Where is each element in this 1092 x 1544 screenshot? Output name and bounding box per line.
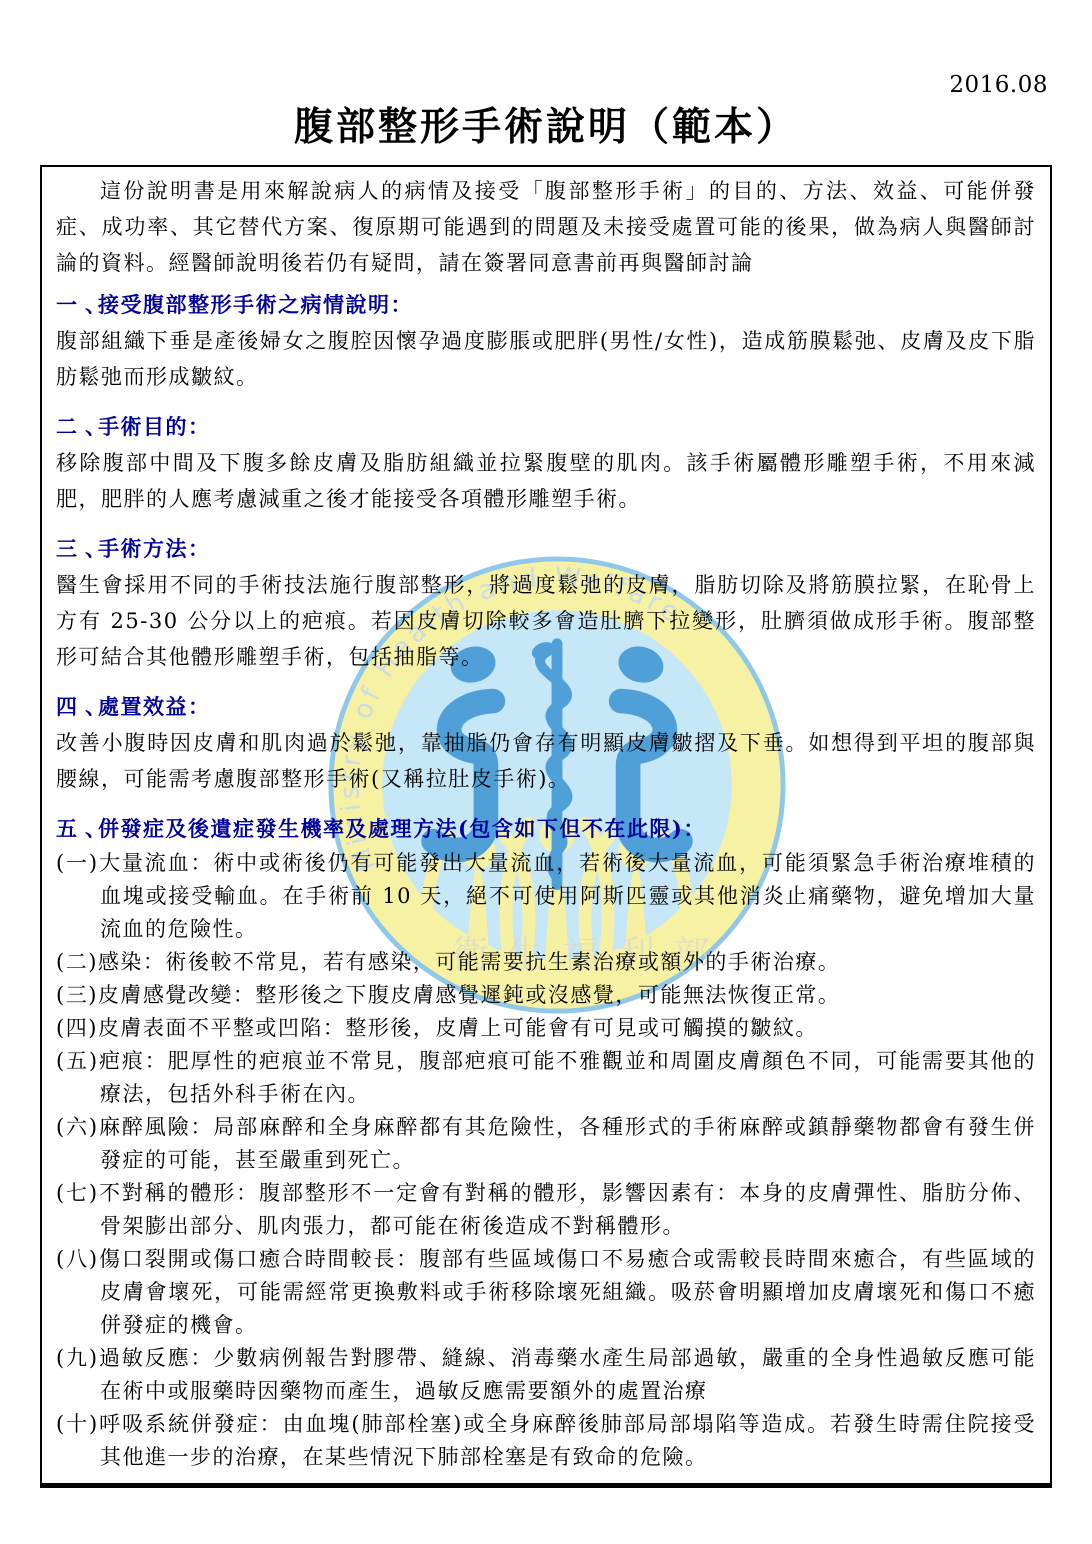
item-label: (十)	[56, 1412, 99, 1436]
section-number: 三、	[56, 531, 98, 567]
item-text: 疤痕：肥厚性的疤痕並不常見，腹部疤痕可能不雅觀並和周圍皮膚顏色不同，可能需要其他…	[99, 1049, 1036, 1106]
item-label: (八)	[56, 1247, 99, 1271]
item-text: 呼吸系統併發症：由血塊(肺部栓塞)或全身麻醉後肺部局部塌陷等造成。若發生時需住院…	[99, 1412, 1036, 1469]
page-title: 腹部整形手術說明（範本）	[0, 96, 1092, 152]
section-heading-text: 處置效益：	[98, 694, 211, 719]
item-label: (五)	[56, 1049, 99, 1073]
complication-item-6: (六)麻醉風險：局部麻醉和全身麻醉都有其危險性，各種形式的手術麻醉或鎮靜藥物都會…	[56, 1111, 1036, 1177]
item-text: 皮膚感覺改變：整形後之下腹皮膚感覺遲鈍或沒感覺，可能無法恢復正常。	[98, 983, 841, 1007]
item-text: 大量流血：術中或術後仍有可能發出大量流血，若術後大量流血，可能須緊急手術治療堆積…	[99, 851, 1036, 941]
section-benefit: 四、處置效益： 改善小腹時因皮膚和肌肉過於鬆弛，靠抽脂仍會存有明顯皮膚皺摺及下垂…	[56, 689, 1036, 797]
section-heading-text: 併發症及後遺症發生機率及處理方法(包含如下但不在此限)：	[98, 816, 706, 841]
item-label: (三)	[56, 983, 98, 1007]
section-condition: 一、接受腹部整形手術之病情說明： 腹部組織下垂是產後婦女之腹腔因懷孕過度膨脹或肥…	[56, 287, 1036, 395]
section-heading: 二、手術目的：	[56, 409, 1036, 445]
item-text: 麻醉風險：局部麻醉和全身麻醉都有其危險性，各種形式的手術麻醉或鎮靜藥物都會有發生…	[99, 1115, 1036, 1172]
complication-item-1: (一)大量流血：術中或術後仍有可能發出大量流血，若術後大量流血，可能須緊急手術治…	[56, 847, 1036, 946]
item-text: 不對稱的體形：腹部整形不一定會有對稱的體形，影響因素有：本身的皮膚彈性、脂肪分佈…	[99, 1181, 1036, 1238]
item-text: 過敏反應：少數病例報告對膠帶、縫線、消毒藥水產生局部過敏，嚴重的全身性過敏反應可…	[99, 1346, 1036, 1403]
section-heading-text: 手術方法：	[98, 536, 211, 561]
section-body: 改善小腹時因皮膚和肌肉過於鬆弛，靠抽脂仍會存有明顯皮膚皺摺及下垂。如想得到平坦的…	[56, 725, 1036, 797]
intro-paragraph: 這份說明書是用來解說病人的病情及接受「腹部整形手術」的目的、方法、效益、可能併發…	[56, 173, 1036, 281]
section-number: 四、	[56, 689, 98, 725]
section-method: 三、手術方法： 醫生會採用不同的手術技法施行腹部整形，將過度鬆弛的皮膚，脂肪切除…	[56, 531, 1036, 675]
section-body: 醫生會採用不同的手術技法施行腹部整形，將過度鬆弛的皮膚，脂肪切除及將筋膜拉緊，在…	[56, 567, 1036, 675]
complication-item-3: (三)皮膚感覺改變：整形後之下腹皮膚感覺遲鈍或沒感覺，可能無法恢復正常。	[56, 979, 1036, 1012]
section-heading: 一、接受腹部整形手術之病情說明：	[56, 287, 1036, 323]
complication-item-5: (五)疤痕：肥厚性的疤痕並不常見，腹部疤痕可能不雅觀並和周圍皮膚顏色不同，可能需…	[56, 1045, 1036, 1111]
item-label: (九)	[56, 1346, 99, 1370]
complication-item-8: (八)傷口裂開或傷口癒合時間較長：腹部有些區域傷口不易癒合或需較長時間來癒合，有…	[56, 1243, 1036, 1342]
content-box: Ministry of Health and Welfare 衛生福利部 這份說…	[40, 165, 1052, 1488]
document-date: 2016.08	[949, 72, 1048, 98]
complication-item-10: (十)呼吸系統併發症：由血塊(肺部栓塞)或全身麻醉後肺部局部塌陷等造成。若發生時…	[56, 1408, 1036, 1474]
item-text: 傷口裂開或傷口癒合時間較長：腹部有些區域傷口不易癒合或需較長時間來癒合，有些區域…	[99, 1247, 1036, 1337]
section-number: 五、	[56, 811, 98, 847]
complication-item-7: (七)不對稱的體形：腹部整形不一定會有對稱的體形，影響因素有：本身的皮膚彈性、脂…	[56, 1177, 1036, 1243]
section-purpose: 二、手術目的： 移除腹部中間及下腹多餘皮膚及脂肪組織並拉緊腹壁的肌肉。該手術屬體…	[56, 409, 1036, 517]
section-number: 一、	[56, 287, 98, 323]
section-body: 移除腹部中間及下腹多餘皮膚及脂肪組織並拉緊腹壁的肌肉。該手術屬體形雕塑手術，不用…	[56, 445, 1036, 517]
section-heading-text: 手術目的：	[98, 414, 211, 439]
item-label: (七)	[56, 1181, 99, 1205]
document-content: 這份說明書是用來解說病人的病情及接受「腹部整形手術」的目的、方法、效益、可能併發…	[56, 173, 1036, 1474]
item-label: (六)	[56, 1115, 99, 1139]
section-complications: 五、併發症及後遺症發生機率及處理方法(包含如下但不在此限)： (一)大量流血：術…	[56, 811, 1036, 1474]
section-heading: 四、處置效益：	[56, 689, 1036, 725]
document-page: 2016.08 腹部整形手術說明（範本）	[0, 0, 1092, 1544]
item-label: (二)	[56, 950, 98, 974]
complication-item-2: (二)感染：術後較不常見，若有感染，可能需要抗生素治療或額外的手術治療。	[56, 946, 1036, 979]
item-text: 感染：術後較不常見，若有感染，可能需要抗生素治療或額外的手術治療。	[98, 950, 841, 974]
item-label: (一)	[56, 851, 99, 875]
item-label: (四)	[56, 1016, 98, 1040]
complication-item-4: (四)皮膚表面不平整或凹陷：整形後，皮膚上可能會有可見或可觸摸的皺紋。	[56, 1012, 1036, 1045]
complication-item-9: (九)過敏反應：少數病例報告對膠帶、縫線、消毒藥水產生局部過敏，嚴重的全身性過敏…	[56, 1342, 1036, 1408]
section-heading: 三、手術方法：	[56, 531, 1036, 567]
section-number: 二、	[56, 409, 98, 445]
section-heading-text: 接受腹部整形手術之病情說明：	[98, 292, 413, 317]
item-text: 皮膚表面不平整或凹陷：整形後，皮膚上可能會有可見或可觸摸的皺紋。	[98, 1016, 818, 1040]
section-body: 腹部組織下垂是產後婦女之腹腔因懷孕過度膨脹或肥胖(男性/女性)，造成筋膜鬆弛、皮…	[56, 323, 1036, 395]
section-heading: 五、併發症及後遺症發生機率及處理方法(包含如下但不在此限)：	[56, 811, 1036, 847]
